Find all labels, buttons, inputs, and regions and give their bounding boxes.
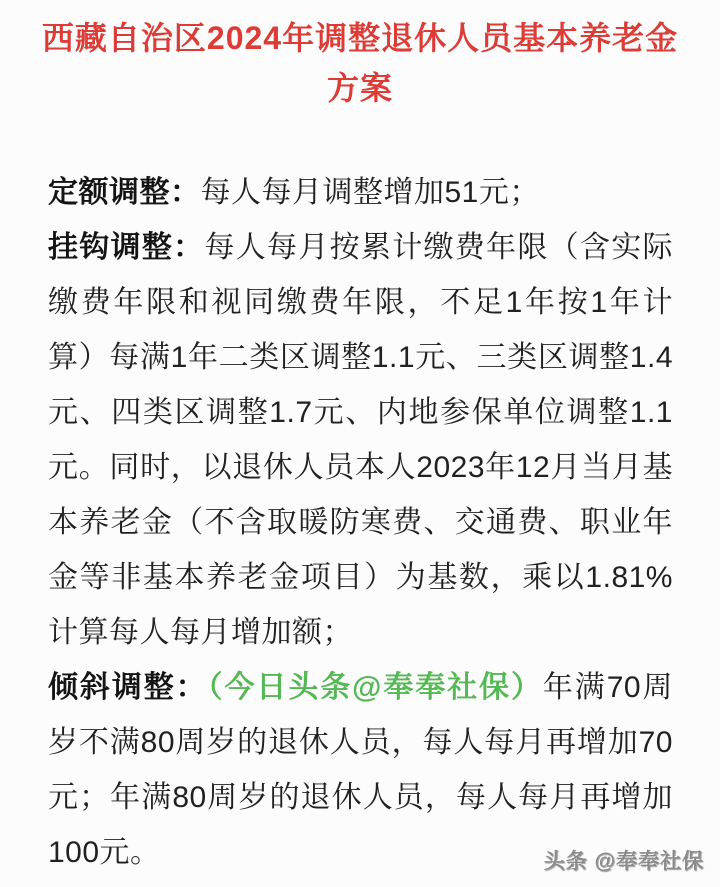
paragraph-text: 每人每月调整增加51元；	[201, 176, 540, 209]
page-title-line-2: 方案	[0, 63, 720, 113]
credit-highlight-text: （今日头条@奉奉社保）	[208, 671, 543, 704]
paragraph-label: 定额调整：	[48, 176, 201, 209]
paragraph-text: 每人每月按累计缴费年限（含实际缴费年限和视同缴费年限，不足1年按1年计算）每满1…	[48, 231, 673, 649]
paragraph: 挂钩调整：每人每月按累计缴费年限（含实际缴费年限和视同缴费年限，不足1年按1年计…	[48, 220, 673, 660]
paragraph: 定额调整：每人每月调整增加51元；	[48, 165, 673, 220]
body-paragraphs: 定额调整：每人每月调整增加51元；挂钩调整：每人每月按累计缴费年限（含实际缴费年…	[48, 165, 673, 880]
watermark: 头条 @奉奉社保	[544, 845, 704, 875]
paragraph-label: 挂钩调整：	[48, 231, 204, 264]
page-title-line-1: 西藏自治区2024年调整退休人员基本养老金	[0, 13, 720, 63]
page-title: 西藏自治区2024年调整退休人员基本养老金 方案	[0, 0, 720, 113]
paragraph-label: 倾斜调整：	[48, 671, 208, 704]
